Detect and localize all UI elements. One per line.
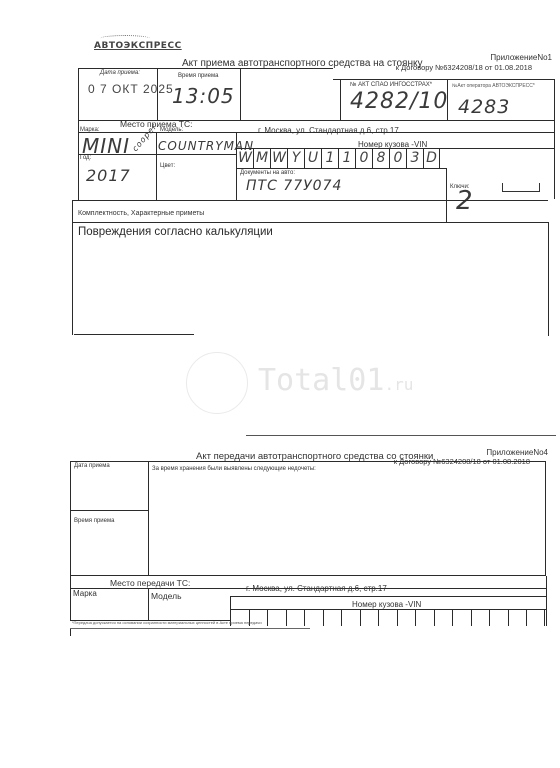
vin-char-cell bbox=[508, 609, 527, 626]
act-number-label: № АКТ СПАО ИНГОССТРАХ* bbox=[350, 82, 432, 88]
company-logo: АВТОЭКСПРЕСС bbox=[94, 41, 182, 51]
vin-char-cell: 3 bbox=[406, 148, 423, 168]
appendix-label: ПриложениеNo4 bbox=[486, 448, 548, 457]
model-label: Модель: bbox=[160, 127, 183, 133]
vin-char-cell: W bbox=[236, 148, 253, 168]
vin-char-cell: U bbox=[304, 148, 321, 168]
vin-char-cell: 1 bbox=[338, 148, 355, 168]
color-label: Цвет: bbox=[160, 163, 175, 169]
vin-char-cell bbox=[415, 609, 434, 626]
time-label: Время приема bbox=[178, 73, 218, 79]
vin-field: WMWYU110803D bbox=[236, 148, 440, 168]
place-value: г. Москва, ул. Стандартная д.6, стр.17 bbox=[258, 126, 399, 135]
vin-char-cell bbox=[471, 609, 490, 626]
year-label: Год: bbox=[80, 155, 91, 161]
year-value: 2017 bbox=[86, 166, 131, 185]
vin-char-cell bbox=[323, 609, 342, 626]
vin-char-cell bbox=[378, 609, 397, 626]
watermark-text: Total01.ru bbox=[258, 363, 413, 398]
vin-char-cell bbox=[341, 609, 360, 626]
vin-char-cell bbox=[360, 609, 379, 626]
vin-char-cell: 8 bbox=[372, 148, 389, 168]
transfer-place-label: Место передачи ТС: bbox=[110, 578, 190, 588]
transfer-model-label: Модель bbox=[151, 591, 182, 601]
keys-bracket-icon bbox=[502, 183, 540, 192]
vin-char-cell: Y bbox=[287, 148, 304, 168]
completeness-value: Повреждения согласно калькуляции bbox=[78, 226, 273, 238]
vin-char-cell bbox=[526, 609, 545, 626]
vin-char-cell bbox=[397, 609, 416, 626]
vin-char-cell: 0 bbox=[355, 148, 372, 168]
operator-act-label: №Акт оператора АВТОЭКСПРЕСС* bbox=[452, 83, 535, 89]
vin-char-cell: D bbox=[423, 148, 440, 168]
transfer-top-table bbox=[70, 461, 546, 576]
appendix-label: ПриложениеNo1 bbox=[490, 53, 552, 62]
transfer-date-label: Дата приема bbox=[74, 463, 110, 469]
footnote: *Передача допускается на основании сохра… bbox=[72, 620, 312, 625]
vin-char-cell: 0 bbox=[389, 148, 406, 168]
vin-char-cell: 1 bbox=[321, 148, 338, 168]
transfer-brand-label: Марка bbox=[73, 589, 97, 598]
keys-value: 2 bbox=[456, 186, 474, 216]
vin-char-cell bbox=[489, 609, 508, 626]
time-value: 13:05 bbox=[172, 84, 235, 108]
vin-char-cell bbox=[452, 609, 471, 626]
vin-char-cell: M bbox=[253, 148, 270, 168]
operator-act-value: 4283 bbox=[458, 96, 510, 118]
vin-char-cell: W bbox=[270, 148, 287, 168]
documents-label: Документы на авто: bbox=[240, 170, 295, 176]
logo-arc-icon bbox=[100, 35, 150, 42]
transfer-vin-label: Номер кузова -VIN bbox=[352, 600, 421, 609]
defects-label: За время хранения были выявлены следующи… bbox=[152, 466, 316, 472]
brand-label: Марка: bbox=[80, 127, 100, 133]
completeness-label: Комплектность, Характерные приметы bbox=[78, 210, 204, 217]
transfer-time-label: Время приема bbox=[74, 518, 114, 524]
transfer-place-value: г. Москва, ул. Стандартная д.6, стр.17 bbox=[246, 584, 387, 593]
act-number-value: 4282/10 bbox=[350, 89, 448, 114]
documents-value: ПТС 77У074 bbox=[246, 178, 342, 194]
date-label: Дата приема: bbox=[100, 70, 140, 76]
watermark-car-icon bbox=[186, 352, 248, 414]
vin-char-cell bbox=[434, 609, 453, 626]
date-value: 0 7 ОКТ 2025 bbox=[88, 82, 174, 96]
